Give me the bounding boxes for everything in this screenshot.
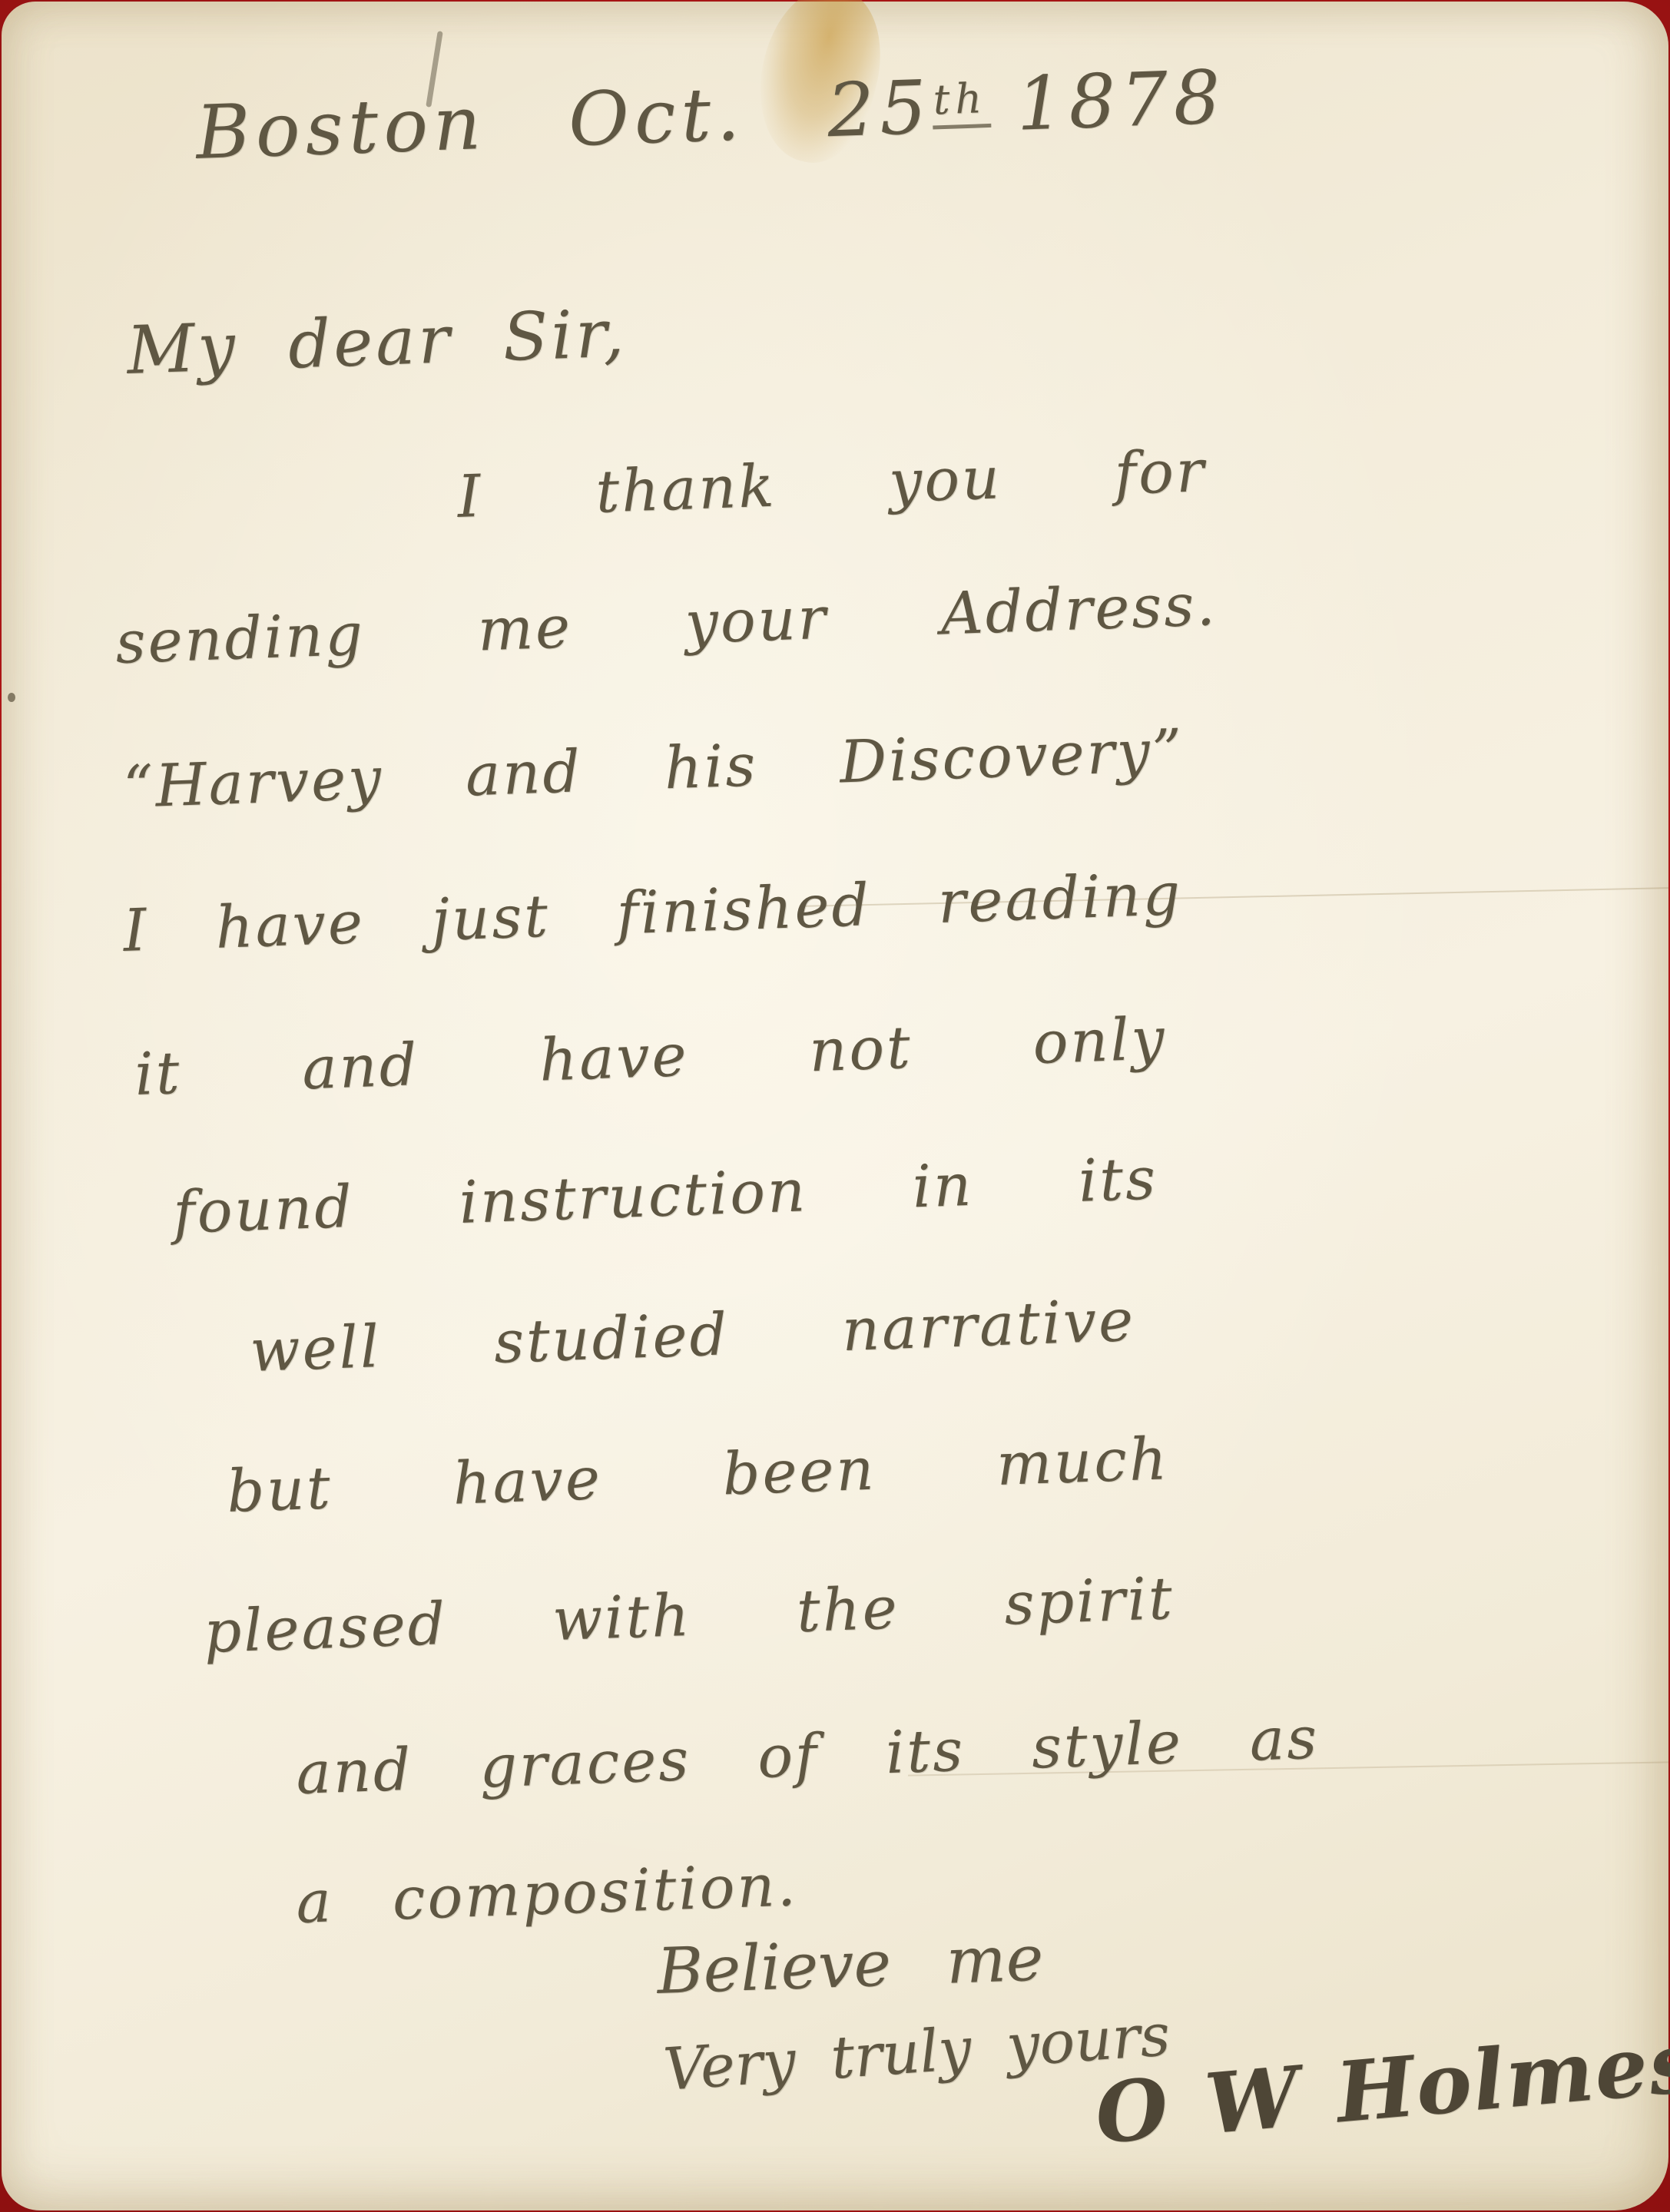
- body-line: and graces of its style as: [295, 1704, 1320, 1807]
- signature: O W Holmes.: [1092, 2012, 1670, 2163]
- body-line: well studied narrative: [249, 1286, 1136, 1385]
- body-line: “Harvey and his Discovery”: [122, 716, 1185, 821]
- closing-line: Believe me: [656, 1922, 1045, 2008]
- dateline-ordinal: th: [931, 74, 992, 130]
- body-line: I thank you for: [456, 436, 1208, 531]
- body-line: a composition.: [295, 1850, 799, 1936]
- body-line: sending me your Address.: [114, 570, 1218, 677]
- body-line: found instruction in its: [172, 1144, 1159, 1247]
- body-line: pleased with the spirit: [203, 1564, 1175, 1666]
- body-line: but have been much: [226, 1424, 1170, 1525]
- dateline-year: 1878: [1015, 54, 1227, 147]
- ink-speck: [8, 693, 15, 702]
- dateline: Boston Oct. 25th1878: [194, 54, 1227, 176]
- letter-paper: Boston Oct. 25th1878 My dear Sir, I than…: [2, 2, 1668, 2210]
- body-line: it and have not only: [134, 1004, 1168, 1108]
- salutation: My dear Sir,: [126, 295, 628, 389]
- letter-photo: Boston Oct. 25th1878 My dear Sir, I than…: [0, 0, 1670, 2212]
- body-line: I have just finished reading: [122, 859, 1184, 965]
